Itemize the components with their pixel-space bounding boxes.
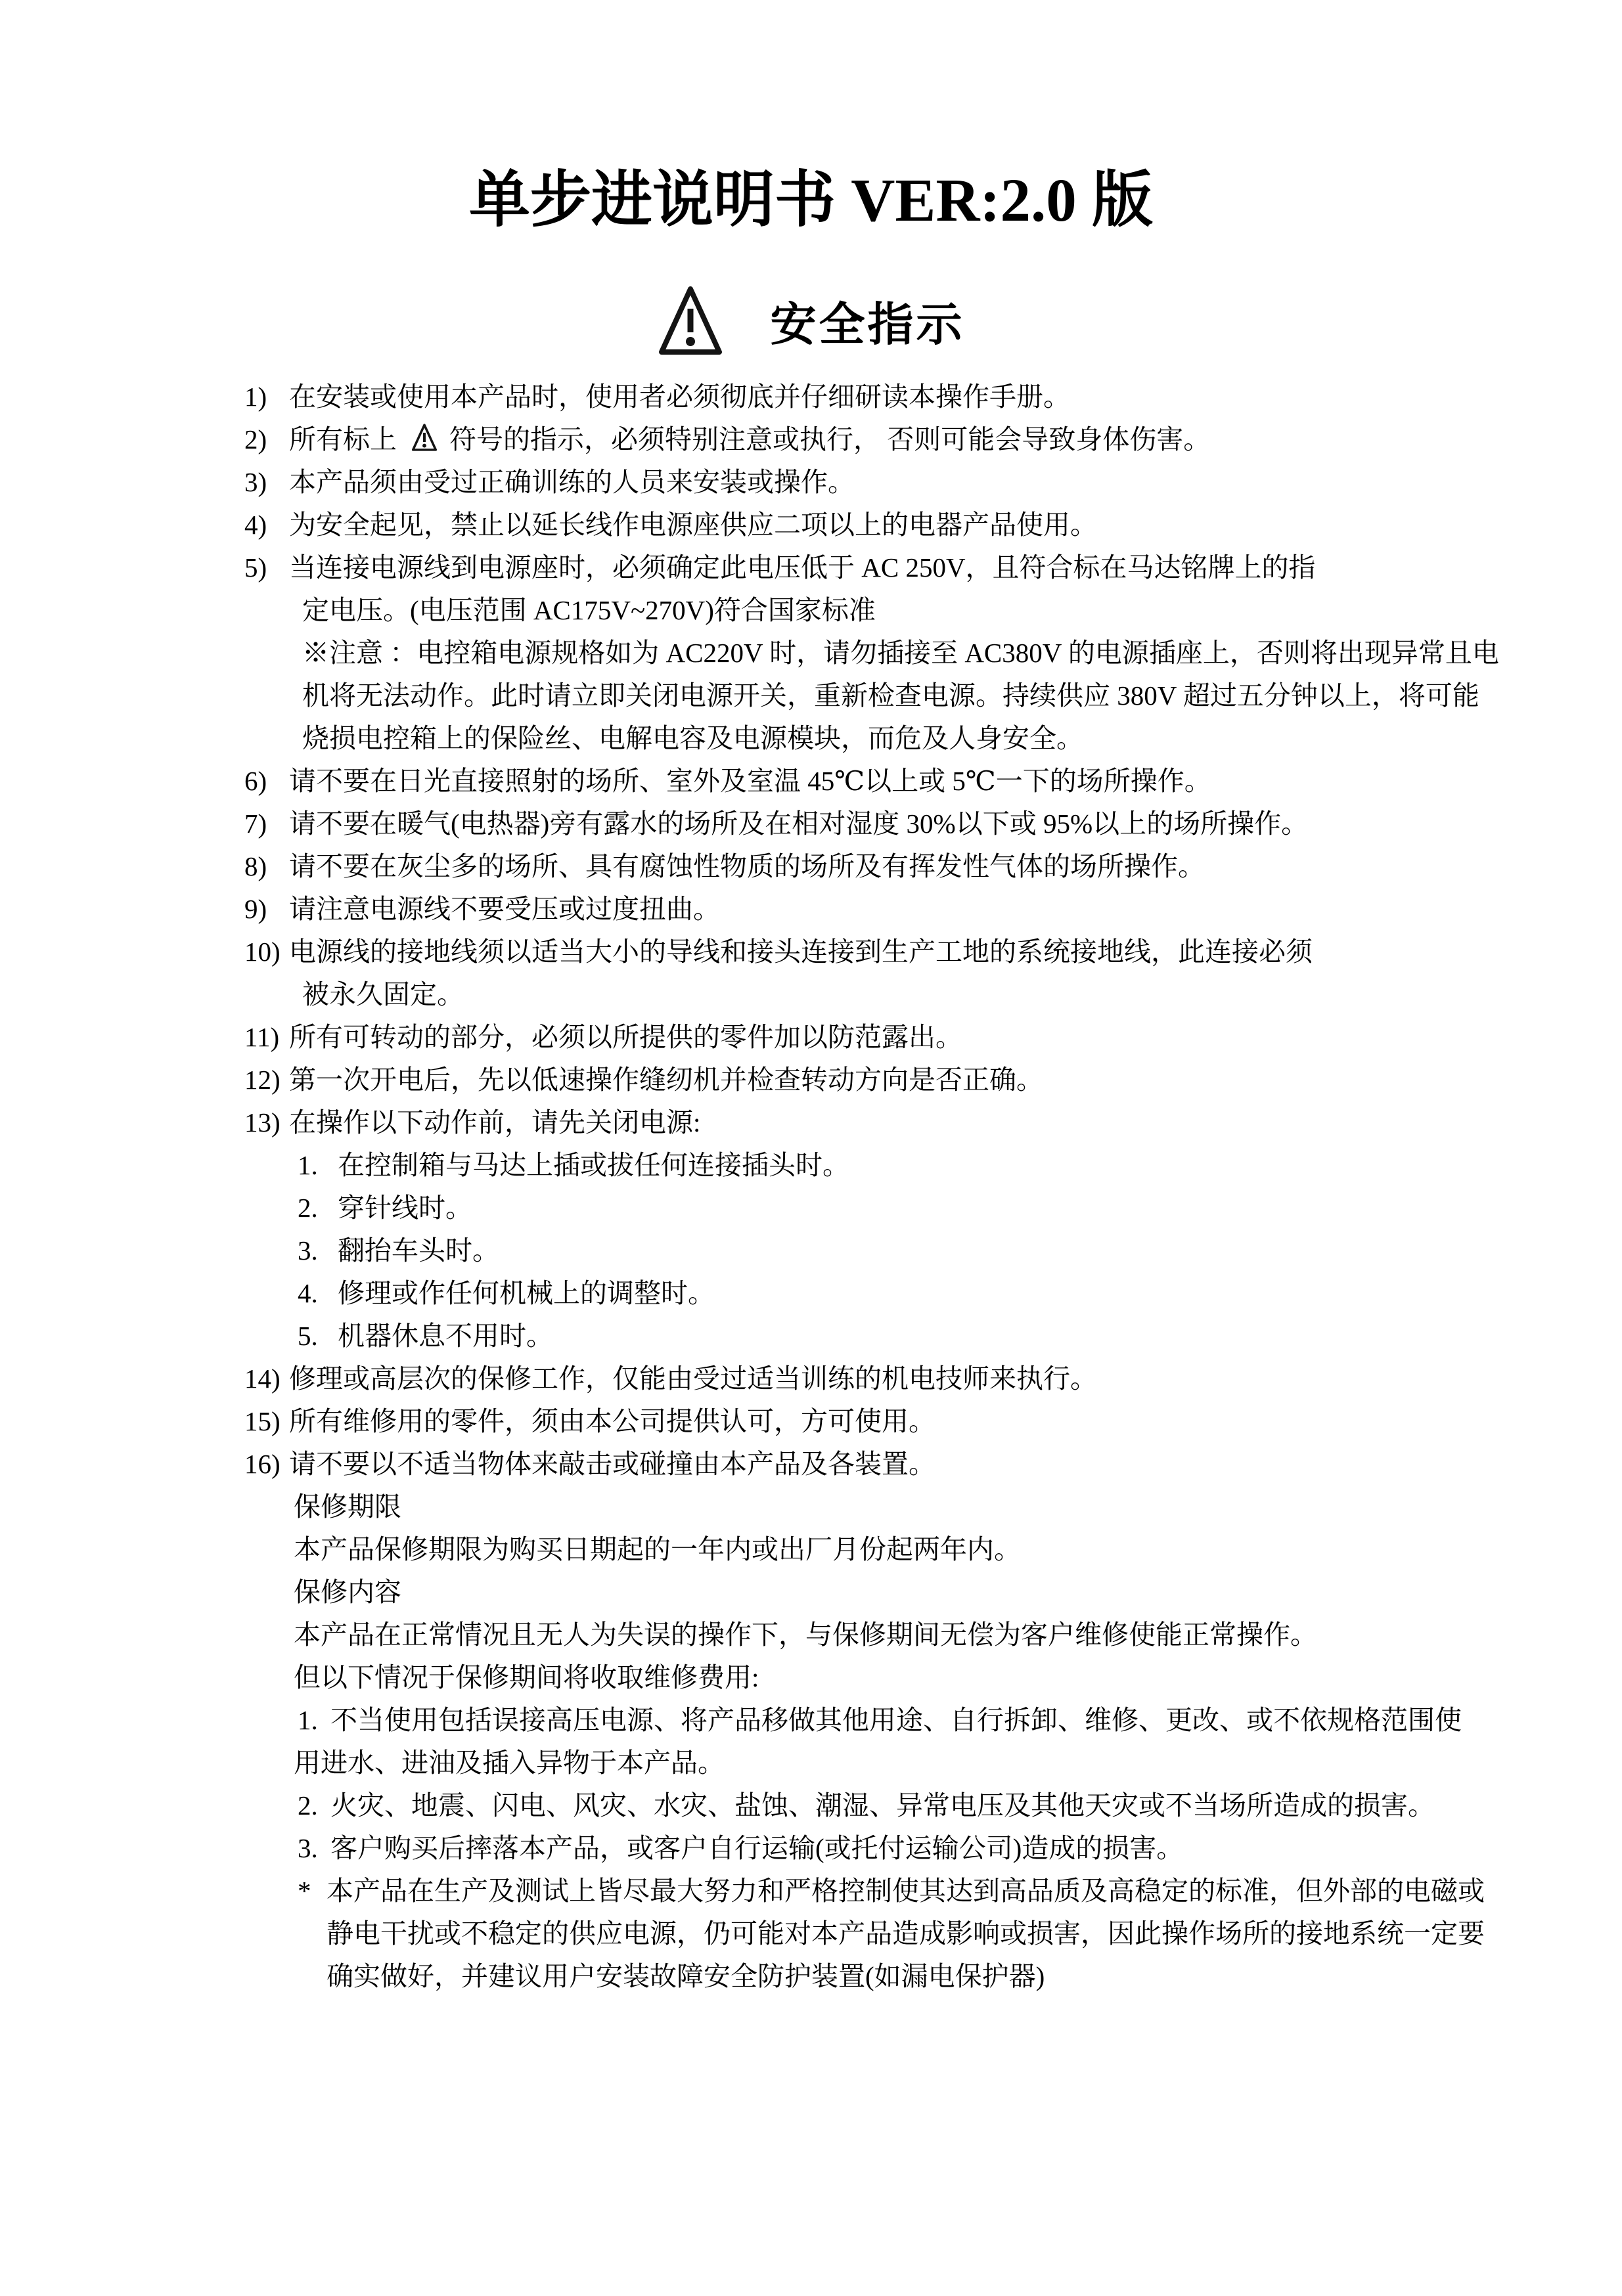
warning-triangle-small-icon	[409, 423, 440, 452]
item-number: 2.	[298, 1187, 318, 1229]
safety-instructions-list: 1)在安装或使用本产品时，使用者必须彻底并仔细研读本操作手册。2)所有标上 符号…	[0, 376, 1622, 1998]
list-item-continuation: 静电干扰或不稳定的供应电源，仍可能对本产品造成影响或损害，因此操作场所的接地系统…	[0, 1912, 1622, 1955]
list-item: 11)所有可转动的部分，必须以所提供的零件加以防范露出。	[0, 1016, 1622, 1059]
item-text: 第一次开电后，先以低速操作缝纫机并检查转动方向是否正确。	[0, 1059, 1043, 1101]
list-item: 12)第一次开电后，先以低速操作缝纫机并检查转动方向是否正确。	[0, 1059, 1622, 1101]
item-text: 请不要在灰尘多的场所、具有腐蚀性物质的场所及有挥发性气体的场所操作。	[0, 845, 1205, 888]
item-number: 6)	[244, 760, 267, 803]
list-item: 3.客户购买后摔落本产品，或客户自行运输(或托付运输公司)造成的损害。	[0, 1827, 1622, 1870]
item-text: 机器休息不用时。	[0, 1315, 553, 1358]
list-item: 4)为安全起见，禁止以延长线作电源座供应二项以上的电器产品使用。	[0, 504, 1622, 546]
safety-heading-label: 安全指示	[771, 288, 965, 354]
item-text: 为安全起见，禁止以延长线作电源座供应二项以上的电器产品使用。	[0, 504, 1097, 546]
list-item: 5.机器休息不用时。	[0, 1315, 1622, 1358]
item-text: 所有标上 符号的指示，必须特别注意或执行， 否则可能会导致身体伤害。	[0, 418, 1210, 461]
item-number: 1.	[298, 1144, 318, 1187]
item-number: 5)	[244, 546, 267, 589]
item-text: 确实做好，并建议用户安装故障安全防护装置(如漏电保护器)	[0, 1955, 1045, 1998]
list-item: 7)请不要在暖气(电热器)旁有露水的场所及在相对湿度 30%以下或 95%以上的…	[0, 803, 1622, 845]
item-text: 保修期限	[0, 1486, 401, 1528]
list-item: 4.修理或作任何机械上的调整时。	[0, 1272, 1622, 1315]
list-item-continuation: 但以下情况于保修期间将收取维修费用:	[0, 1656, 1622, 1699]
list-item: 1)在安装或使用本产品时，使用者必须彻底并仔细研读本操作手册。	[0, 376, 1622, 418]
item-number: 7)	[244, 803, 267, 845]
item-number: 3.	[298, 1229, 318, 1272]
list-item: *本产品在生产及测试上皆尽最大努力和严格控制使其达到高品质及高稳定的标准，但外部…	[0, 1870, 1622, 1912]
list-item: 13)在操作以下动作前，请先关闭电源:	[0, 1101, 1622, 1144]
document-page: 单步进说明书 VER:2.0 版 安全指示 1)在安装或使用本产品时，使用者必须…	[0, 0, 1622, 2296]
item-text: 客户购买后摔落本产品，或客户自行运输(或托付运输公司)造成的损害。	[0, 1827, 1183, 1870]
list-item: 6)请不要在日光直接照射的场所、室外及室温 45℃以上或 5℃一下的场所操作。	[0, 760, 1622, 803]
item-number: 9)	[244, 888, 267, 931]
item-number: 4)	[244, 504, 267, 546]
list-item-continuation: 本产品保修期限为购买日期起的一年内或出厂月份起两年内。	[0, 1528, 1622, 1571]
item-number: 4.	[298, 1272, 318, 1315]
item-text: 请不要在暖气(电热器)旁有露水的场所及在相对湿度 30%以下或 95%以上的场所…	[0, 803, 1308, 845]
item-text-after-icon: 符号的指示，必须特别注意或执行， 否则可能会导致身体伤害。	[449, 424, 1210, 454]
item-text: 在控制箱与马达上插或拔任何连接插头时。	[0, 1144, 849, 1187]
item-text: 在安装或使用本产品时，使用者必须彻底并仔细研读本操作手册。	[0, 376, 1070, 418]
list-item-continuation: ※注意 ：电控箱电源规格如为 AC220V 时，请勿插接至 AC380V 的电源…	[0, 632, 1622, 674]
item-number: 3)	[244, 461, 267, 504]
list-item: 1.在控制箱与马达上插或拔任何连接插头时。	[0, 1144, 1622, 1187]
item-text: 火灾、地震、闪电、风灾、水灾、盐蚀、潮湿、异常电压及其他天灾或不当场所造成的损害…	[0, 1784, 1435, 1827]
list-item: 5)当连接电源线到电源座时，必须确定此电压低于 AC 250V，且符合标在马达铭…	[0, 546, 1622, 589]
list-item-continuation: 定电压。(电压范围 AC175V~270V)符合国家标准	[0, 589, 1622, 632]
item-text: 电源线的接地线须以适当大小的导线和接头连接到生产工地的系统接地线，此连接必须	[0, 931, 1313, 973]
item-text: 当连接电源线到电源座时，必须确定此电压低于 AC 250V，且符合标在马达铭牌上…	[0, 546, 1316, 589]
item-text: 本产品在正常情况且无人为失误的操作下，与保修期间无偿为客户维修使能正常操作。	[0, 1614, 1317, 1656]
item-text: 机将无法动作。此时请立即关闭电源开关，重新检查电源。持续供应 380V 超过五分…	[0, 674, 1479, 717]
item-number: 1)	[244, 376, 267, 418]
list-item-continuation: 本产品在正常情况且无人为失误的操作下，与保修期间无偿为客户维修使能正常操作。	[0, 1614, 1622, 1656]
item-text: 修理或作任何机械上的调整时。	[0, 1272, 715, 1315]
item-text: 但以下情况于保修期间将收取维修费用:	[0, 1656, 759, 1699]
list-item: 1.不当使用包括误接高压电源、将产品移做其他用途、自行拆卸、维修、更改、或不依规…	[0, 1699, 1622, 1742]
item-text: 请不要以不适当物体来敲击或碰撞由本产品及各装置。	[0, 1443, 935, 1486]
list-item: 15)所有维修用的零件，须由本公司提供认可，方可使用。	[0, 1400, 1622, 1443]
list-item: 2.火灾、地震、闪电、风灾、水灾、盐蚀、潮湿、异常电压及其他天灾或不当场所造成的…	[0, 1784, 1622, 1827]
item-text: 不当使用包括误接高压电源、将产品移做其他用途、自行拆卸、维修、更改、或不依规格范…	[0, 1699, 1462, 1742]
list-item-continuation: 保修期限	[0, 1486, 1622, 1528]
page-title: 单步进说明书 VER:2.0 版	[0, 0, 1622, 238]
list-item-continuation: 保修内容	[0, 1571, 1622, 1614]
list-item: 3.翻抬车头时。	[0, 1229, 1622, 1272]
warning-triangle-icon	[658, 284, 723, 357]
list-item-continuation: 确实做好，并建议用户安装故障安全防护装置(如漏电保护器)	[0, 1955, 1622, 1998]
list-item: 3)本产品须由受过正确训练的人员来安装或操作。	[0, 461, 1622, 504]
item-number: 10)	[244, 931, 281, 973]
item-text: 本产品保修期限为购买日期起的一年内或出厂月份起两年内。	[0, 1528, 1021, 1571]
item-text: 所有维修用的零件，须由本公司提供认可，方可使用。	[0, 1400, 935, 1443]
item-number: *	[298, 1870, 311, 1912]
list-item-continuation: 机将无法动作。此时请立即关闭电源开关，重新检查电源。持续供应 380V 超过五分…	[0, 674, 1622, 717]
list-item: 9)请注意电源线不要受压或过度扭曲。	[0, 888, 1622, 931]
list-item: 8)请不要在灰尘多的场所、具有腐蚀性物质的场所及有挥发性气体的场所操作。	[0, 845, 1622, 888]
item-number: 14)	[244, 1358, 281, 1400]
item-text: 被永久固定。	[0, 973, 464, 1016]
list-item: 2)所有标上 符号的指示，必须特别注意或执行， 否则可能会导致身体伤害。	[0, 418, 1622, 461]
item-text: 请不要在日光直接照射的场所、室外及室温 45℃以上或 5℃一下的场所操作。	[0, 760, 1211, 803]
item-number: 15)	[244, 1400, 281, 1443]
item-text: 翻抬车头时。	[0, 1229, 499, 1272]
list-item: 10)电源线的接地线须以适当大小的导线和接头连接到生产工地的系统接地线，此连接必…	[0, 931, 1622, 973]
list-item: 16)请不要以不适当物体来敲击或碰撞由本产品及各装置。	[0, 1443, 1622, 1486]
item-text: 所有可转动的部分，必须以所提供的零件加以防范露出。	[0, 1016, 962, 1059]
item-text: 本产品须由受过正确训练的人员来安装或操作。	[0, 461, 855, 504]
item-number: 2)	[244, 418, 267, 461]
safety-heading: 安全指示	[0, 275, 1622, 366]
item-text: 保修内容	[0, 1571, 401, 1614]
item-text: 定电压。(电压范围 AC175V~270V)符合国家标准	[0, 589, 876, 632]
item-number: 13)	[244, 1101, 281, 1144]
list-item: 2.穿针线时。	[0, 1187, 1622, 1229]
item-number: 16)	[244, 1443, 281, 1486]
list-item: 14)修理或高层次的保修工作，仅能由受过适当训练的机电技师来执行。	[0, 1358, 1622, 1400]
list-item-continuation: 烧损电控箱上的保险丝、电解电容及电源模块，而危及人身安全。	[0, 717, 1622, 760]
item-text: ※注意 ：电控箱电源规格如为 AC220V 时，请勿插接至 AC380V 的电源…	[0, 632, 1499, 674]
item-number: 12)	[244, 1059, 281, 1101]
item-text: 烧损电控箱上的保险丝、电解电容及电源模块，而危及人身安全。	[0, 717, 1083, 760]
item-text-before-icon: 所有标上	[289, 424, 397, 454]
item-text: 用进水、进油及插入异物于本产品。	[0, 1742, 725, 1784]
item-text: 请注意电源线不要受压或过度扭曲。	[0, 888, 720, 931]
item-number: 8)	[244, 845, 267, 888]
item-number: 1.	[298, 1699, 318, 1742]
list-item-continuation: 被永久固定。	[0, 973, 1622, 1016]
list-item-continuation: 用进水、进油及插入异物于本产品。	[0, 1742, 1622, 1784]
item-number: 5.	[298, 1315, 318, 1358]
item-number: 2.	[298, 1784, 318, 1827]
item-number: 3.	[298, 1827, 318, 1870]
item-text: 本产品在生产及测试上皆尽最大努力和严格控制使其达到高品质及高稳定的标准，但外部的…	[0, 1870, 1485, 1912]
item-text: 在操作以下动作前，请先关闭电源:	[0, 1101, 700, 1144]
item-text: 穿针线时。	[0, 1187, 472, 1229]
item-number: 11)	[244, 1016, 279, 1059]
item-text: 修理或高层次的保修工作，仅能由受过适当训练的机电技师来执行。	[0, 1358, 1097, 1400]
item-text: 静电干扰或不稳定的供应电源，仍可能对本产品造成影响或损害，因此操作场所的接地系统…	[0, 1912, 1485, 1955]
